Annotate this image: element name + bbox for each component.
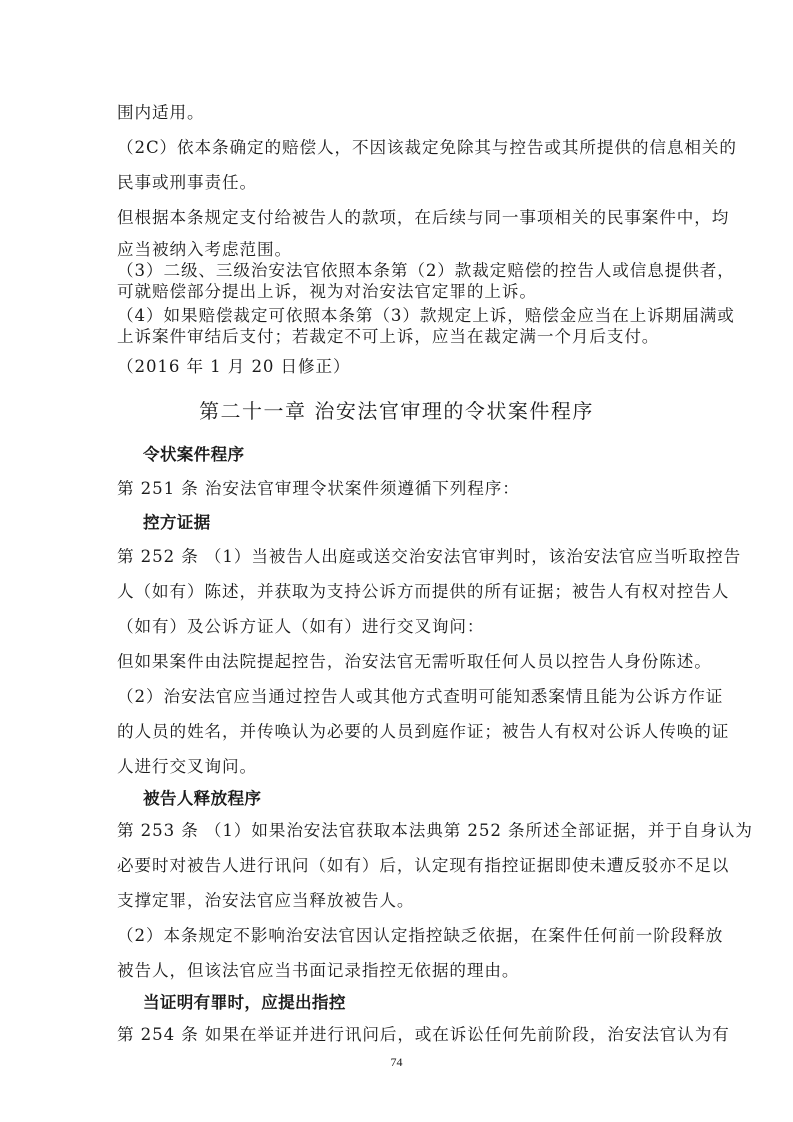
article-252-line: 第 252 条 （1）当被告人出庭或送交治安法官审判时，该治安法官应当听取控告 [117, 547, 741, 567]
chapter-title: 第二十一章 治安法官审理的令状案件程序 [0, 399, 793, 423]
article-251: 第 251 条 治安法官审理令状案件须遵循下列程序： [117, 479, 520, 499]
paragraph-line: 应当被纳入考虑范围。 [117, 240, 292, 260]
article-252-line: （2）治安法官应当通过控告人或其他方式查明可能知悉案情且能为公诉方作证 [117, 687, 723, 707]
paragraph-line: 民事或刑事责任。 [117, 173, 257, 193]
paragraph-line: 但根据本条规定支付给被告人的款项，在后续与同一事项相关的民事案件中，均 [117, 208, 729, 228]
section-heading: 控方证据 [143, 513, 211, 533]
paragraph-line: （3）二级、三级治安法官依照本条第（2）款裁定赔偿的控告人或信息提供者， [117, 261, 735, 281]
section-heading: 被告人释放程序 [143, 789, 261, 809]
article-252-line: 人（如有）陈述，并获取为支持公诉方而提供的所有证据；被告人有权对控告人 [117, 582, 729, 602]
article-254-line: 第 254 条 如果在举证并进行讯问后，或在诉讼任何先前阶段，治安法官认为有 [117, 1025, 730, 1045]
amendment-note: （2016 年 1 月 20 日修正） [117, 357, 351, 377]
article-252-line: （如有）及公诉方证人（如有）进行交叉询问： [117, 617, 484, 637]
paragraph-line: 上诉案件审结后支付；若裁定不可上诉，应当在裁定满一个月后支付。 [117, 327, 659, 347]
paragraph-line: 围内适用。 [117, 103, 204, 123]
article-253-line: 第 253 条 （1）如果治安法官获取本法典第 252 条所述全部证据，并于自身… [117, 821, 753, 841]
paragraph-line: （2C）依本条确定的赔偿人，不因该裁定免除其与控告或其所提供的信息相关的 [117, 138, 737, 158]
article-253-line: 必要时对被告人进行讯问（如有）后，认定现有指控证据即使未遭反驳亦不足以 [117, 856, 729, 876]
article-253-line: 被告人，但该法官应当书面记录指控无依据的理由。 [117, 961, 519, 981]
article-252-line: 人进行交叉询问。 [117, 757, 257, 777]
article-252-line: 但如果案件由法院提起控告，治安法官无需听取任何人员以控告人身份陈述。 [117, 652, 712, 672]
page-number: 74 [0, 1055, 793, 1070]
section-heading: 令状案件程序 [143, 445, 244, 465]
paragraph-line: 可就赔偿部分提出上诉，视为对治安法官定罪的上诉。 [117, 282, 537, 302]
article-253-line: （2）本条规定不影响治安法官因认定指控缺乏依据，在案件任何前一阶段释放 [117, 926, 723, 946]
article-252-line: 的人员的姓名，并传唤认为必要的人员到庭作证；被告人有权对公诉人传唤的证 [117, 722, 729, 742]
article-253-line: 支撑定罪，治安法官应当释放被告人。 [117, 891, 414, 911]
paragraph-line: （4）如果赔偿裁定可依照本条第（3）款规定上诉，赔偿金应当在上诉期届满或 [117, 306, 735, 326]
section-heading: 当证明有罪时，应提出指控 [143, 993, 346, 1013]
